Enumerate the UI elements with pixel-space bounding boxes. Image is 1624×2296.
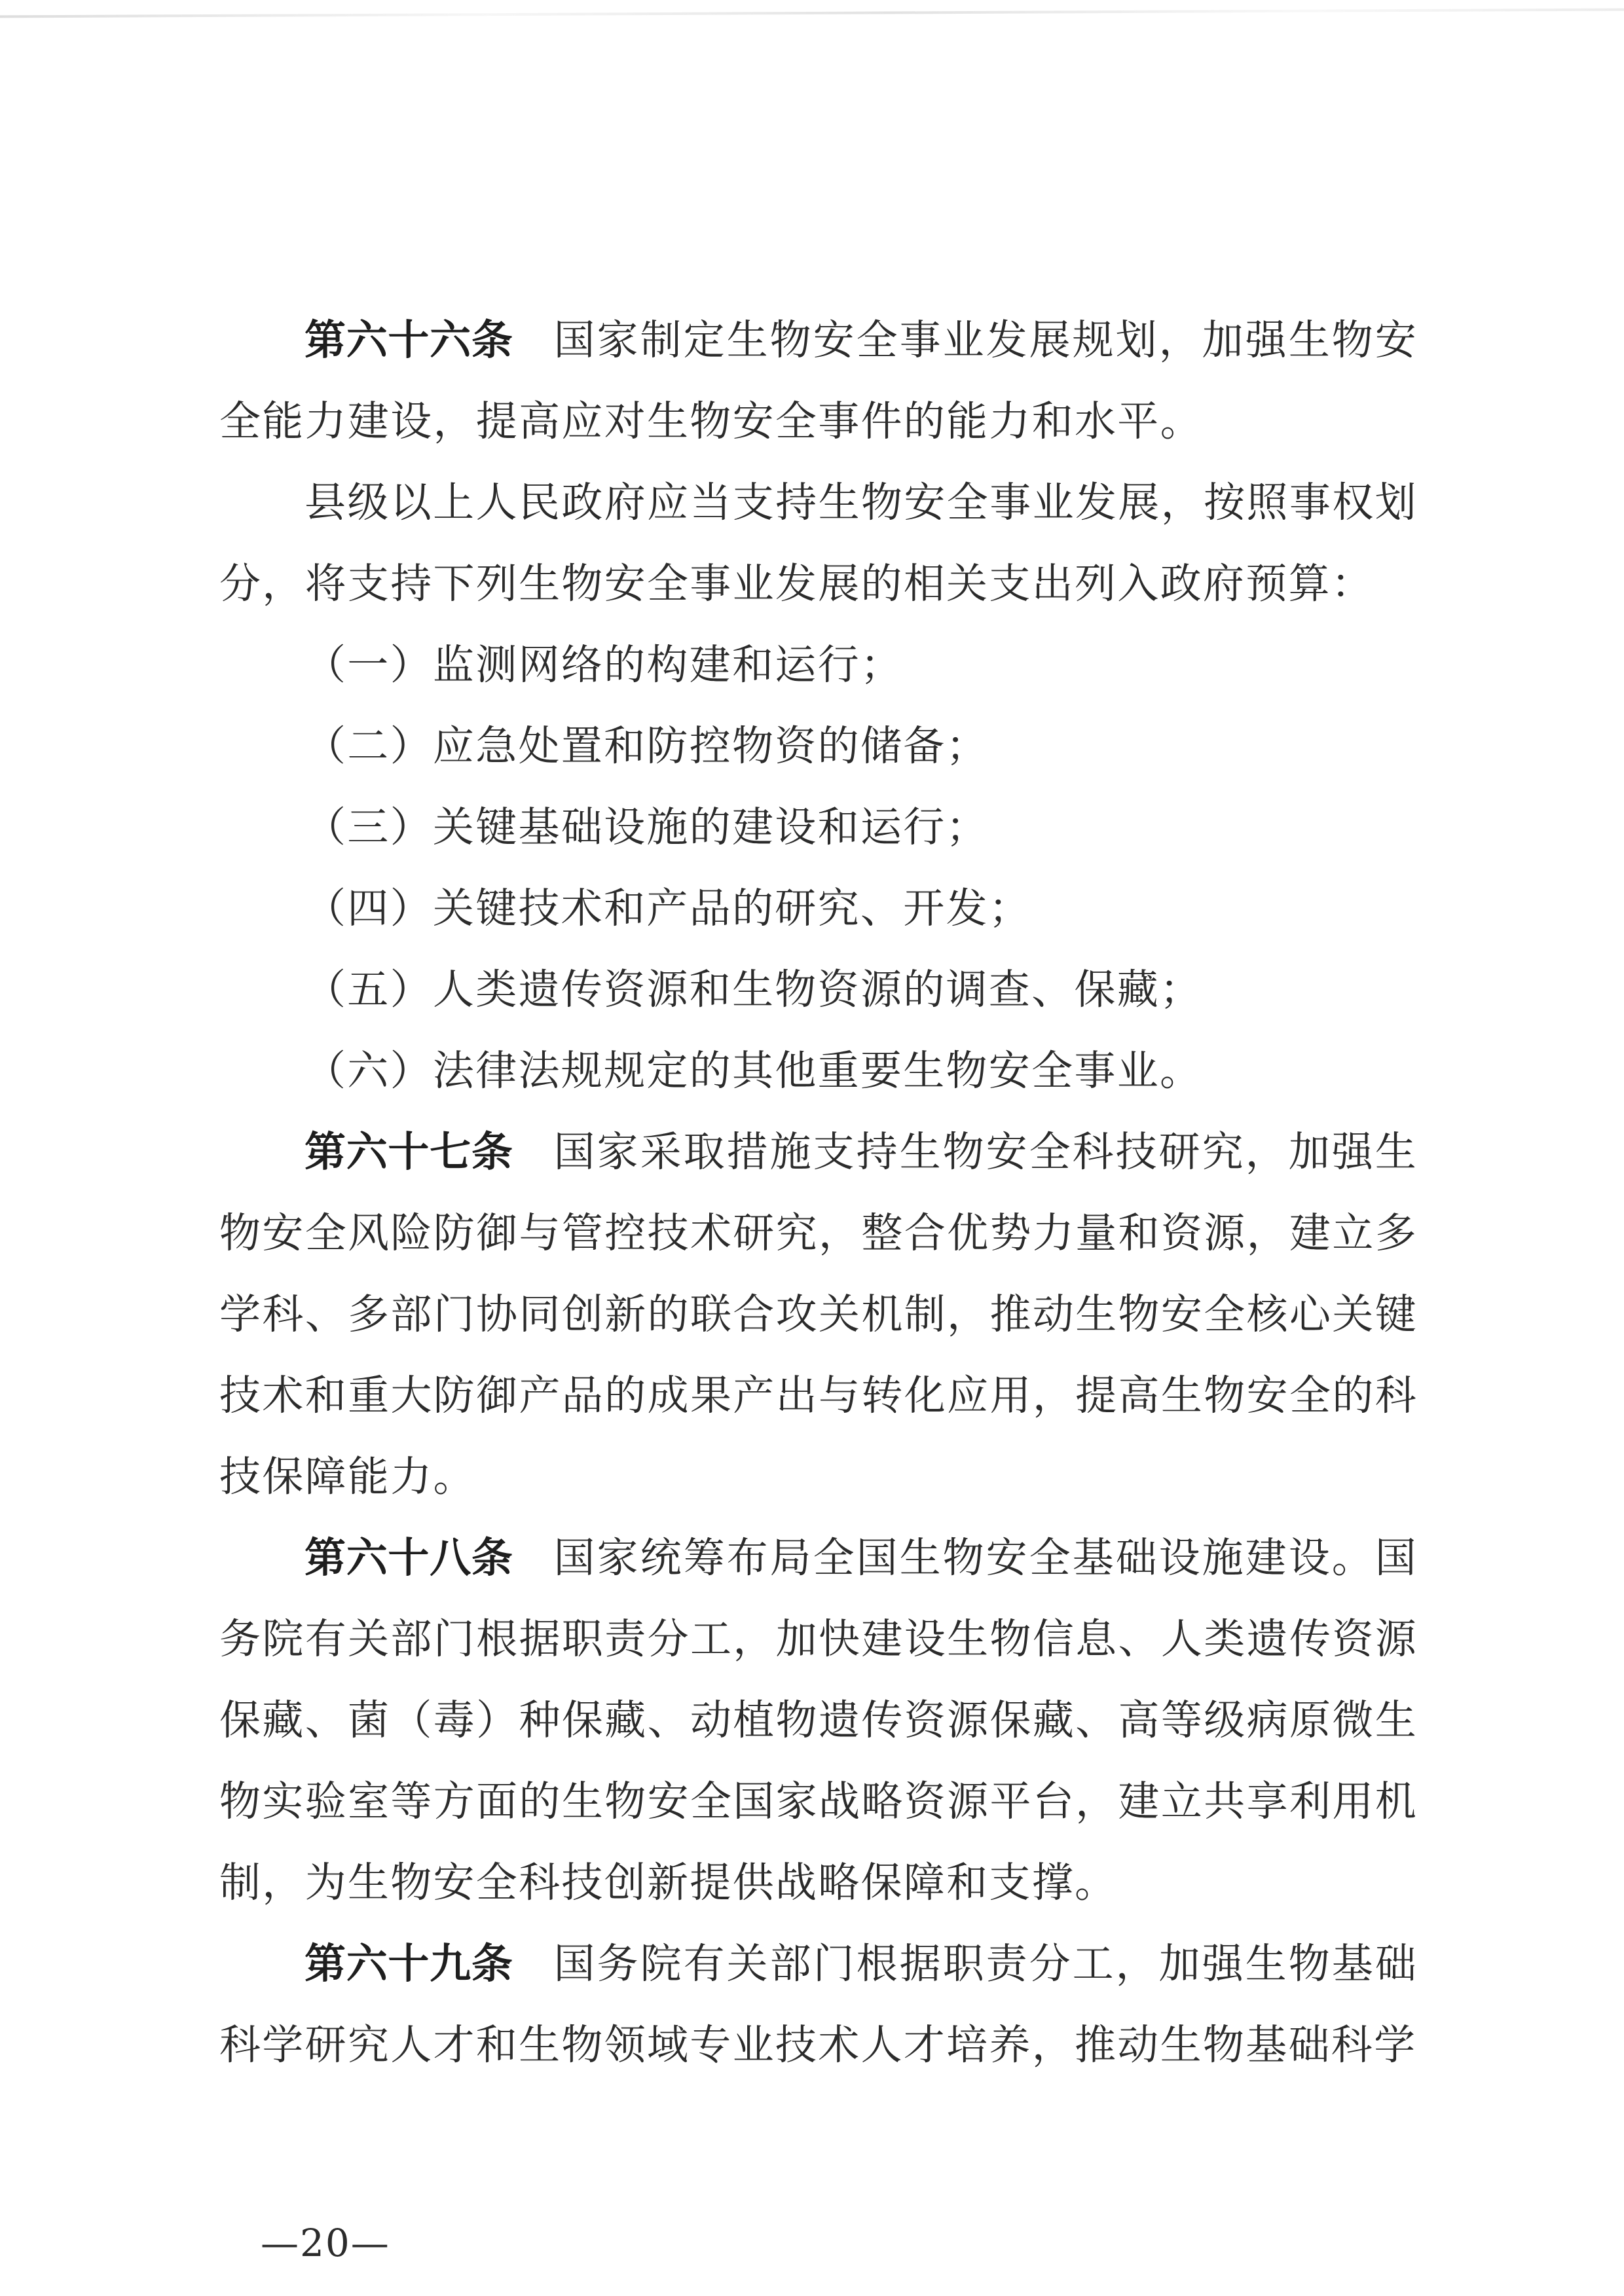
scan-edge-artifact <box>0 9 1624 18</box>
article-67-text: 国家采取措施支持生物安全科技研究，加强生物安全风险防御与管控技术研究，整合优势力… <box>219 1128 1418 1501</box>
article-67-heading: 第六十七条 <box>304 1128 513 1176</box>
article-69-paragraph: 第六十九条国务院有关部门根据职责分工，加强生物基础科学研究人才和生物领域专业技术… <box>219 1923 1418 2086</box>
article-66-paragraph-2: 县级以上人民政府应当支持生物安全事业发展，按照事权划分，将支持下列生物安全事业发… <box>219 462 1418 625</box>
article-66-paragraph-1: 第六十六条国家制定生物安全事业发展规划，加强生物安全能力建设，提高应对生物安全事… <box>219 300 1418 462</box>
article-66-item-5: （五）人类遗传资源和生物资源的调查、保藏； <box>219 949 1418 1030</box>
article-68-heading: 第六十八条 <box>304 1534 513 1582</box>
document-body: 第六十六条国家制定生物安全事业发展规划，加强生物安全能力建设，提高应对生物安全事… <box>219 300 1418 2086</box>
article-66-item-3: （三）关键基础设施的建设和运行； <box>219 787 1418 868</box>
article-66-item-6: （六）法律法规规定的其他重要生物安全事业。 <box>219 1030 1418 1112</box>
article-68-text: 国家统筹布局全国生物安全基础设施建设。国务院有关部门根据职责分工，加快建设生物信… <box>219 1534 1418 1906</box>
article-66-item-2: （二）应急处置和防控物资的储备； <box>219 706 1418 787</box>
article-67-paragraph: 第六十七条国家采取措施支持生物安全科技研究，加强生物安全风险防御与管控技术研究，… <box>219 1112 1418 1518</box>
article-68-paragraph: 第六十八条国家统筹布局全国生物安全基础设施建设。国务院有关部门根据职责分工，加快… <box>219 1518 1418 1923</box>
article-66-item-4: （四）关键技术和产品的研究、开发； <box>219 868 1418 949</box>
page-number: —20— <box>261 2221 390 2265</box>
article-66-heading: 第六十六条 <box>304 316 513 364</box>
article-66-item-1: （一）监测网络的构建和运行； <box>219 625 1418 706</box>
article-69-heading: 第六十九条 <box>304 1940 513 1988</box>
